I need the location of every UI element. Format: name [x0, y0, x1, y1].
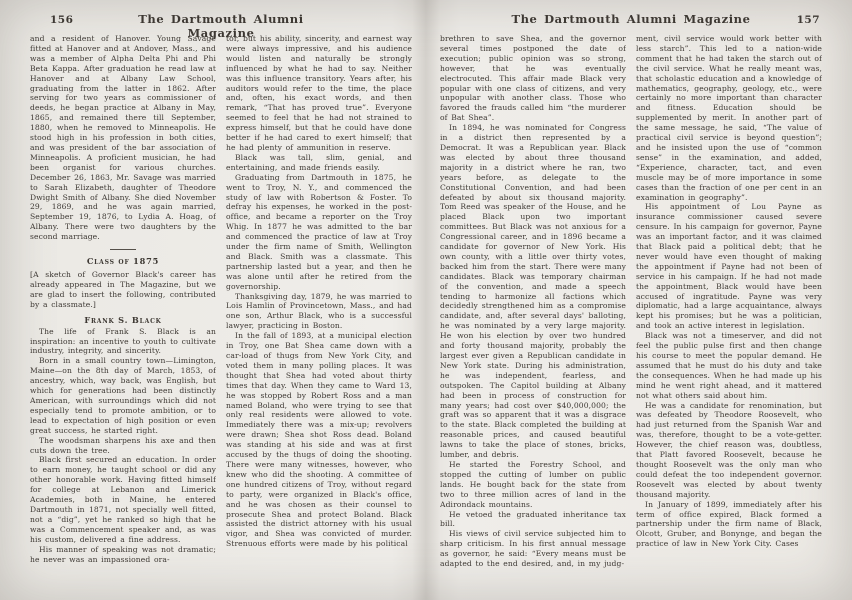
section-heading-class-of-1875: Class of 1875 [30, 256, 216, 266]
left-page-column-2: tor, but his ability, sincerity, and ear… [226, 34, 412, 589]
right-page-columns: brethren to save Shea, and the governor … [440, 34, 822, 589]
paragraph-brethren-continued: brethren to save Shea, and the governor … [440, 34, 626, 123]
paragraph-woodsman: The woodsman sharpens his axe and then c… [30, 436, 216, 456]
paragraph-congress-governor: In 1894, he was nominated for Congress i… [440, 123, 626, 460]
paragraph-timeserver: Black was not a timeserver, and did not … [636, 331, 822, 400]
paragraph-speaking-manner: His manner of speaking was not dramatic;… [30, 545, 216, 565]
right-page-column-2: ment, civil service would work better wi… [636, 34, 822, 589]
paragraph-savage-biography: and a resident of Hanover. Young Savage … [30, 34, 216, 242]
paragraph-marriage: Thanksgiving day, 1879, he was married t… [226, 292, 412, 332]
section-divider-rule [110, 249, 136, 250]
magazine-title-right: The Dartmouth Alumni Magazine [502, 12, 760, 26]
paragraph-law-partnership: In January of 1899, immediately after hi… [636, 500, 822, 550]
page-number-left: 156 [30, 14, 110, 26]
left-page-column-1: and a resident of Hanover. Young Savage … [30, 34, 216, 589]
paragraph-black-friends: Black was tall, slim, genial, and entert… [226, 153, 412, 173]
magazine-spread: 156 The Dartmouth Alumni Magazine and a … [0, 0, 852, 600]
paragraph-starch-continued: ment, civil service would work better wi… [636, 34, 822, 202]
paragraph-inheritance-veto: He vetoed the graduated inheritance tax … [440, 510, 626, 530]
paragraph-black-born: Born in a small country town—Limington, … [30, 356, 216, 435]
page-157: The Dartmouth Alumni Magazine 157 brethr… [426, 0, 852, 600]
paragraph-editor-note: [A sketch of Governor Black's career has… [30, 270, 216, 310]
subheading-frank-s-black: Frank S. Black [30, 315, 216, 325]
paragraph-orator-continued: tor, but his ability, sincerity, and ear… [226, 34, 412, 153]
paragraph-black-education: Black first secured an education. In ord… [30, 455, 216, 544]
page-number-right: 157 [760, 14, 822, 26]
running-head-left: 156 The Dartmouth Alumni Magazine [30, 12, 412, 30]
paragraph-forestry-school: He started the Forestry School, and stop… [440, 460, 626, 510]
paragraph-lou-payne: His appointment of Lou Payne as insuranc… [636, 202, 822, 331]
left-page-columns: and a resident of Hanover. Young Savage … [30, 34, 412, 589]
page-156: 156 The Dartmouth Alumni Magazine and a … [0, 0, 426, 600]
paragraph-bat-shea: In the fall of 1893, at a municipal elec… [226, 331, 412, 549]
paragraph-civil-service-views: His views of civil service subjected him… [440, 529, 626, 569]
paragraph-roosevelt-defeat: He was a candidate for renomination, but… [636, 401, 822, 500]
paragraph-black-life: The life of Frank S. Black is an inspira… [30, 327, 216, 357]
right-page-column-1: brethren to save Shea, and the governor … [440, 34, 626, 589]
running-head-right: The Dartmouth Alumni Magazine 157 [440, 12, 822, 30]
paragraph-graduating-troy: Graduating from Dartmouth in 1875, he we… [226, 173, 412, 292]
